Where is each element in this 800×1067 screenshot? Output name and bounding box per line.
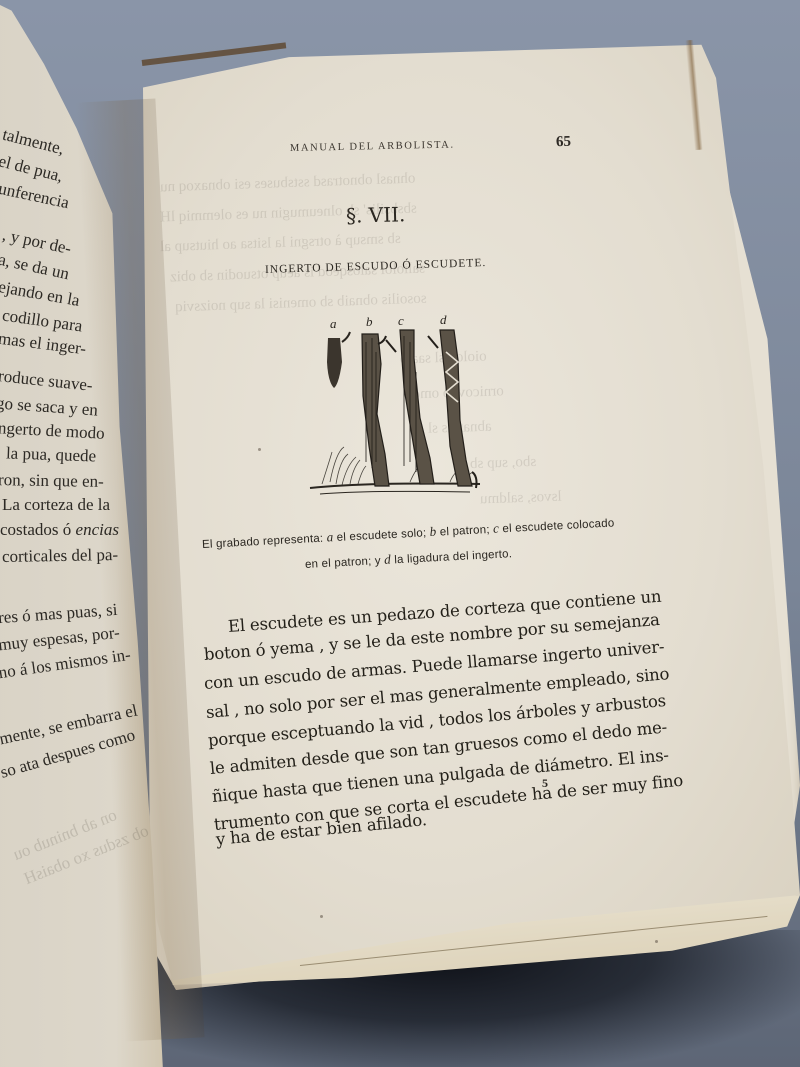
figure-label-c: c <box>398 313 404 328</box>
page-number: 65 <box>556 134 572 152</box>
figure-label-a: a <box>330 316 337 331</box>
left-page-line: corticales del pa- <box>2 546 118 565</box>
printer-signature-mark: 5 <box>542 776 548 791</box>
section-number: §. VII. <box>346 202 406 228</box>
figure-label-b: b <box>366 314 373 329</box>
grafting-engraving: a b c d <box>300 312 500 512</box>
left-page-line: costados ó encias <box>0 521 119 538</box>
left-page-line: La corteza de la <box>2 496 110 513</box>
book-photo: ohnasl obnotrasd sstsbuses esi obnaxoq n… <box>0 0 800 1067</box>
left-page-line: la pua, quede <box>6 444 97 464</box>
left-page-line: ron, sin que en- <box>0 471 104 490</box>
figure-label-d: d <box>440 312 447 327</box>
